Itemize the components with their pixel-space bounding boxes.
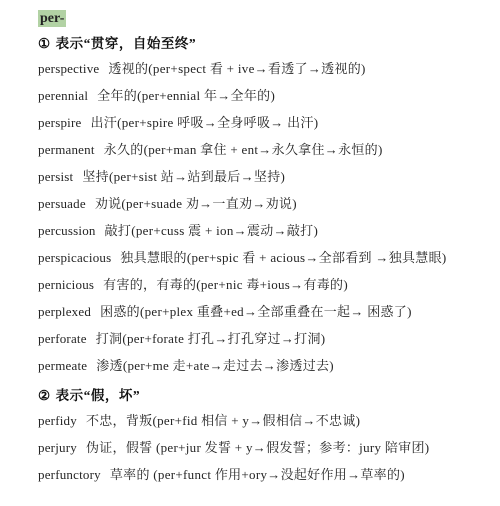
entry-gloss: 透视的(per+spect 看 + ive→看透了→透视的): [108, 61, 365, 76]
entry-word: perspicacious: [38, 250, 111, 265]
entry-perfunctory: perfunctory草率的 (per+funct 作用+ory→没起好作用→草…: [38, 461, 472, 488]
entry-gloss: 不忠，背叛(per+fid 相信 + y→假相信→不忠诚): [86, 413, 360, 428]
section-heading-1: ①表示“贯穿，自始至终”: [38, 32, 472, 55]
entry-perfidy: perfidy不忠，背叛(per+fid 相信 + y→假相信→不忠诚): [38, 407, 472, 434]
entry-word: persist: [38, 169, 73, 184]
entry-gloss: 打洞(per+forate 打孔→打孔穿过→打洞): [96, 331, 326, 346]
entry-persist: persist坚持(per+sist 站→站到最后→坚持): [38, 163, 472, 190]
entry-perjury: perjury伪证，假誓 (per+jur 发誓 + y→假发誓；参考：jury…: [38, 434, 472, 461]
entry-perforate: perforate打洞(per+forate 打孔→打孔穿过→打洞): [38, 325, 472, 352]
entry-gloss: 草率的 (per+funct 作用+ory→没起好作用→草率的): [110, 467, 405, 482]
document-page: per- ①表示“贯穿，自始至终” perspective透视的(per+spe…: [0, 0, 500, 506]
entry-gloss: 永久的(per+man 拿住 + ent→永久拿住→永恒的): [104, 142, 383, 157]
entry-gloss: 渗透(per+me 走+ate→走过去→渗透过去): [96, 358, 334, 373]
entry-pernicious: pernicious有害的，有毒的(per+nic 毒+ious→有毒的): [38, 271, 472, 298]
entry-gloss: 伪证，假誓 (per+jur 发誓 + y→假发誓；参考：jury 陪审团): [86, 440, 429, 455]
entry-gloss: 坚持(per+sist 站→站到最后→坚持): [82, 169, 285, 184]
entry-gloss: 困惑的(per+plex 重叠+ed→全部重叠在一起→ 困惑了): [100, 304, 412, 319]
entry-gloss: 敲打(per+cuss 震 + ion→震动→敲打): [105, 223, 318, 238]
section-number: ①: [38, 36, 51, 51]
entry-word: perspective: [38, 61, 99, 76]
entry-gloss: 有害的，有毒的(per+nic 毒+ious→有毒的): [103, 277, 348, 292]
entry-word: permeate: [38, 358, 87, 373]
entry-gloss: 全年的(per+ennial 年→全年的): [97, 88, 275, 103]
entry-word: perennial: [38, 88, 88, 103]
entry-word: perplexed: [38, 304, 91, 319]
entry-gloss: 独具慧眼的(per+spic 看 + acious→全部看到 →独具慧眼): [120, 250, 446, 265]
entry-word: perfunctory: [38, 467, 101, 482]
entry-percussion: percussion敲打(per+cuss 震 + ion→震动→敲打): [38, 217, 472, 244]
entry-gloss: 出汗(per+spire 呼吸→全身呼吸→ 出汗): [90, 115, 318, 130]
entry-word: perfidy: [38, 413, 77, 428]
entry-permanent: permanent永久的(per+man 拿住 + ent→永久拿住→永恒的): [38, 136, 472, 163]
entry-perspire: perspire出汗(per+spire 呼吸→全身呼吸→ 出汗): [38, 109, 472, 136]
entry-word: pernicious: [38, 277, 94, 292]
entry-perennial: perennial全年的(per+ennial 年→全年的): [38, 82, 472, 109]
section-number: ②: [38, 388, 51, 403]
section-heading-text: 表示“假，坏”: [56, 388, 141, 403]
entry-gloss: 劝说(per+suade 劝→一直劝→劝说): [95, 196, 297, 211]
entry-word: perforate: [38, 331, 87, 346]
entry-word: percussion: [38, 223, 96, 238]
entry-word: perjury: [38, 440, 77, 455]
entry-perplexed: perplexed困惑的(per+plex 重叠+ed→全部重叠在一起→ 困惑了…: [38, 298, 472, 325]
page-title: per-: [38, 10, 66, 27]
entry-word: permanent: [38, 142, 95, 157]
entry-permeate: permeate渗透(per+me 走+ate→走过去→渗透过去): [38, 352, 472, 379]
entry-perspicacious: perspicacious独具慧眼的(per+spic 看 + acious→全…: [38, 244, 472, 271]
entry-persuade: persuade劝说(per+suade 劝→一直劝→劝说): [38, 190, 472, 217]
entry-word: perspire: [38, 115, 81, 130]
section-heading-2: ②表示“假，坏”: [38, 384, 472, 407]
entry-word: persuade: [38, 196, 86, 211]
entry-perspective: perspective透视的(per+spect 看 + ive→看透了→透视的…: [38, 55, 472, 82]
section-heading-text: 表示“贯穿，自始至终”: [56, 36, 197, 51]
